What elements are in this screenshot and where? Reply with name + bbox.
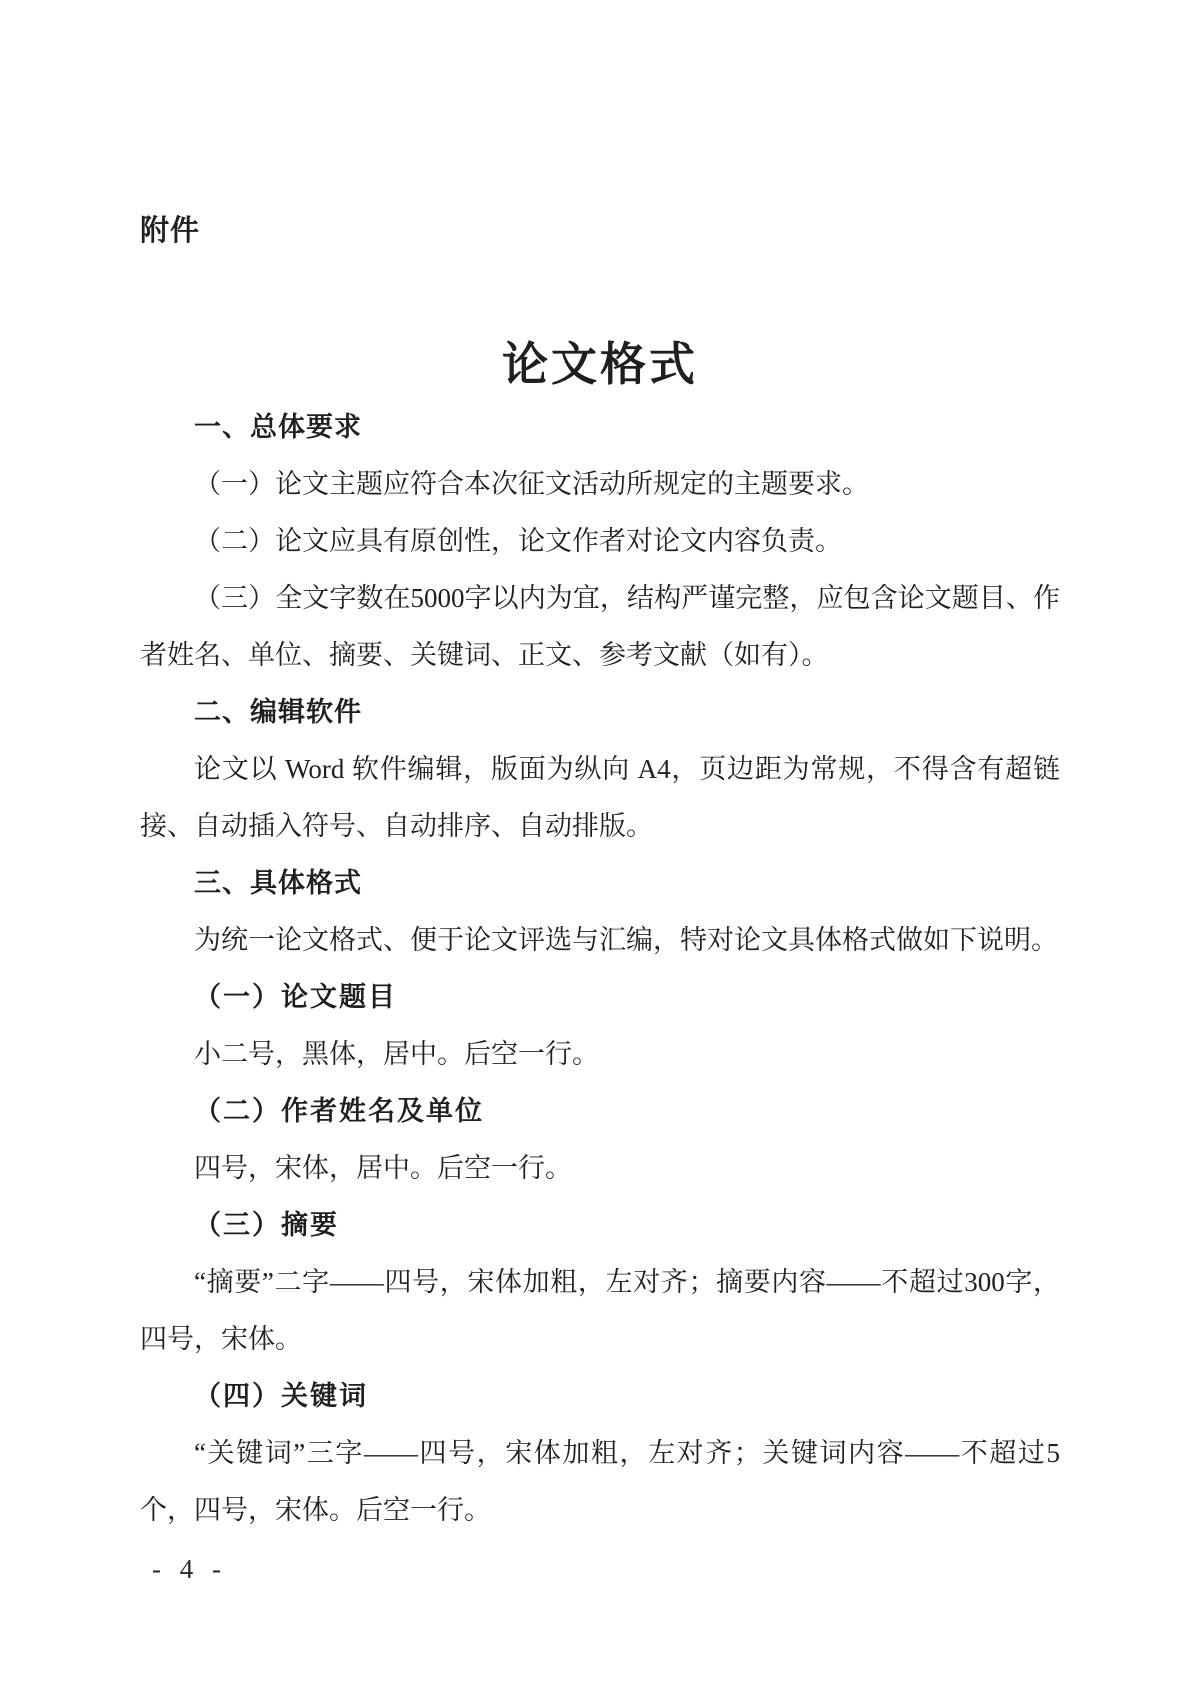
sub-heading-1: （一）论文题目 — [140, 969, 1060, 1026]
body-paragraph: 四号，宋体，居中。后空一行。 — [140, 1140, 1060, 1197]
body-paragraph: 为统一论文格式、便于论文评选与汇编，特对论文具体格式做如下说明。 — [140, 912, 1060, 969]
sub-heading-3: （三）摘要 — [140, 1197, 1060, 1254]
attachment-label: 附件 — [140, 209, 1060, 253]
body-paragraph: （三）全文字数在5000字以内为宜，结构严谨完整，应包含论文题目、作者姓名、单位… — [140, 570, 1060, 684]
body-paragraph: 论文以 Word 软件编辑，版面为纵向 A4，页边距为常规，不得含有超链接、自动… — [140, 741, 1060, 855]
body-paragraph: 小二号，黑体，居中。后空一行。 — [140, 1026, 1060, 1083]
page-number: - 4 - — [152, 1541, 227, 1598]
section-heading-2: 二、编辑软件 — [140, 684, 1060, 741]
body-paragraph: （一）论文主题应符合本次征文活动所规定的主题要求。 — [140, 456, 1060, 513]
document-title: 论文格式 — [140, 337, 1060, 393]
sub-heading-4: （四）关键词 — [140, 1368, 1060, 1425]
sub-heading-2: （二）作者姓名及单位 — [140, 1083, 1060, 1140]
body-paragraph: “摘要”二字——四号，宋体加粗，左对齐；摘要内容——不超过300字，四号，宋体。 — [140, 1254, 1060, 1368]
body-paragraph: （二）论文应具有原创性，论文作者对论文内容负责。 — [140, 513, 1060, 570]
document-body: 一、总体要求 （一）论文主题应符合本次征文活动所规定的主题要求。 （二）论文应具… — [140, 399, 1060, 1539]
body-paragraph: “关键词”三字——四号，宋体加粗，左对齐；关键词内容——不超过5个，四号，宋体。… — [140, 1425, 1060, 1539]
section-heading-1: 一、总体要求 — [140, 399, 1060, 456]
section-heading-3: 三、具体格式 — [140, 855, 1060, 912]
document-page: 附件 论文格式 一、总体要求 （一）论文主题应符合本次征文活动所规定的主题要求。… — [0, 0, 1200, 1697]
